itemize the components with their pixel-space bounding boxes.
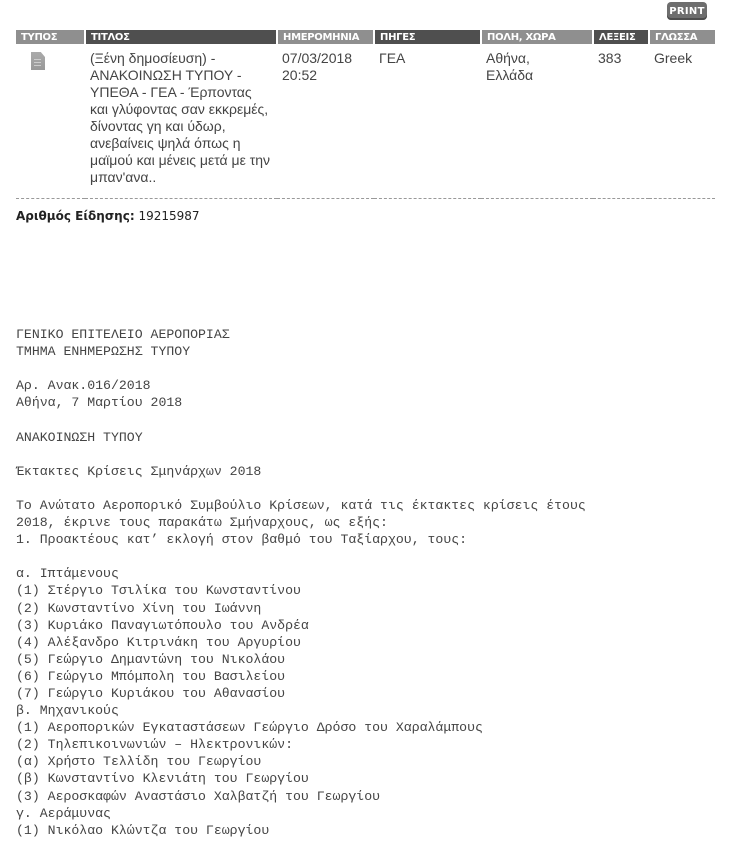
body-line: (1) Νικόλαο Κλώντζα του Γεωργίου: [16, 822, 721, 839]
body-line: (β) Κωνσταντίνο Κλενιάτη του Γεωργίου: [16, 770, 721, 787]
document-icon[interactable]: [31, 52, 45, 70]
body-line: (2) Κωνσταντίνο Χίνη του Ιωάννη: [16, 600, 721, 617]
body-line: (4) Αλέξανδρο Κιτρινάκη του Αργυρίου: [16, 634, 721, 651]
table-row[interactable]: (Ξένη δημοσίευση) - ΑΝΑΚΟΙΝΩΣΗ ΤΥΠΟΥ - Υ…: [16, 44, 715, 199]
language-cell: Greek: [649, 44, 715, 199]
body-line: α. Ιπτάμενους: [16, 565, 721, 582]
column-header-sources[interactable]: ΠΗΓΕΣ: [374, 30, 481, 44]
city-value: Αθήνα,: [486, 50, 588, 67]
body-line: (5) Γεώργιο Δημαντώνη του Νικολάου: [16, 651, 721, 668]
body-line: [16, 548, 721, 565]
body-line: ΤΜΗΜΑ ΕΝΗΜΕΡΩΣΗΣ ΤΥΠΟΥ: [16, 343, 721, 360]
press-release-body: ΓΕΝΙΚΟ ΕΠΙΤΕΛΕΙΟ ΑΕΡΟΠΟΡΙΑΣΤΜΗΜΑ ΕΝΗΜΕΡΩ…: [16, 326, 721, 839]
body-line: [16, 480, 721, 497]
body-line: [16, 446, 721, 463]
column-header-date[interactable]: ΗΜΕΡΟΜΗΝΙΑ: [277, 30, 374, 44]
results-table: ΤΥΠΟΣ ΤΙΤΛΟΣ ΗΜΕΡΟΜΗΝΙΑ ΠΗΓΕΣ ΠΟΛΗ, ΧΩΡΑ…: [16, 30, 715, 199]
body-line: β. Μηχανικούς: [16, 702, 721, 719]
body-line: (3) Αεροσκαφών Αναστάσιο Χαλβατζή του Γε…: [16, 788, 721, 805]
body-line: (6) Γεώργιο Μπόμπολη του Βασιλείου: [16, 668, 721, 685]
body-line: [16, 360, 721, 377]
body-line: 1. Προακτέους κατ’ εκλογή στον βαθμό του…: [16, 531, 721, 548]
words-cell: 383: [593, 44, 649, 199]
body-line: Έκτακτες Κρίσεις Σμηνάρχων 2018: [16, 463, 721, 480]
table-header-row: ΤΥΠΟΣ ΤΙΤΛΟΣ ΗΜΕΡΟΜΗΝΙΑ ΠΗΓΕΣ ΠΟΛΗ, ΧΩΡΑ…: [16, 30, 715, 44]
date-cell: 07/03/2018 20:52: [277, 44, 374, 199]
body-line: [16, 411, 721, 428]
body-line: (1) Στέργιο Τσιλίκα του Κωνσταντίνου: [16, 582, 721, 599]
column-header-type[interactable]: ΤΥΠΟΣ: [16, 30, 85, 44]
column-header-words[interactable]: ΛΕΞΕΙΣ: [593, 30, 649, 44]
city-country-cell: Αθήνα, Ελλάδα: [481, 44, 593, 199]
body-line: Αρ. Ανακ.016/2018: [16, 377, 721, 394]
body-line: Αθήνα, 7 Μαρτίου 2018: [16, 394, 721, 411]
title-cell[interactable]: (Ξένη δημοσίευση) - ΑΝΑΚΟΙΝΩΣΗ ΤΥΠΟΥ - Υ…: [85, 44, 277, 199]
column-header-title[interactable]: ΤΙΤΛΟΣ: [85, 30, 277, 44]
time-value: 20:52: [282, 67, 369, 84]
body-line: Το Ανώτατο Αεροπορικό Συμβούλιο Κρίσεων,…: [16, 497, 721, 514]
body-line: (2) Τηλεπικοινωνιών – Ηλεκτρονικών:: [16, 736, 721, 753]
body-line: (7) Γεώργιο Κυριάκου του Αθανασίου: [16, 685, 721, 702]
body-line: 2018, έκρινε τους παρακάτω Σμήναρχους, ω…: [16, 514, 721, 531]
body-line: ΑΝΑΚΟΙΝΩΣΗ ΤΥΠΟΥ: [16, 429, 721, 446]
body-line: (1) Αεροπορικών Εγκαταστάσεων Γεώργιο Δρ…: [16, 719, 721, 736]
news-id-label: Αριθμός Είδησης:: [16, 209, 135, 223]
body-line: (3) Κυριάκο Παναγιωτόπουλο του Ανδρέα: [16, 617, 721, 634]
print-button[interactable]: PRINT: [667, 2, 707, 20]
body-line: (α) Χρήστο Τελλίδη του Γεωργίου: [16, 753, 721, 770]
column-header-language[interactable]: ΓΛΩΣΣΑ: [649, 30, 715, 44]
type-cell: [16, 44, 85, 199]
body-line: ΓΕΝΙΚΟ ΕΠΙΤΕΛΕΙΟ ΑΕΡΟΠΟΡΙΑΣ: [16, 326, 721, 343]
date-value: 07/03/2018: [282, 50, 369, 67]
column-header-city-country[interactable]: ΠΟΛΗ, ΧΩΡΑ: [481, 30, 593, 44]
source-cell: ΓΕΑ: [374, 44, 481, 199]
news-id: Αριθμός Είδησης: 19215987: [16, 209, 200, 223]
country-value: Ελλάδα: [486, 67, 588, 84]
body-line: γ. Αεράμυνας: [16, 805, 721, 822]
news-id-value: 19215987: [138, 209, 199, 223]
